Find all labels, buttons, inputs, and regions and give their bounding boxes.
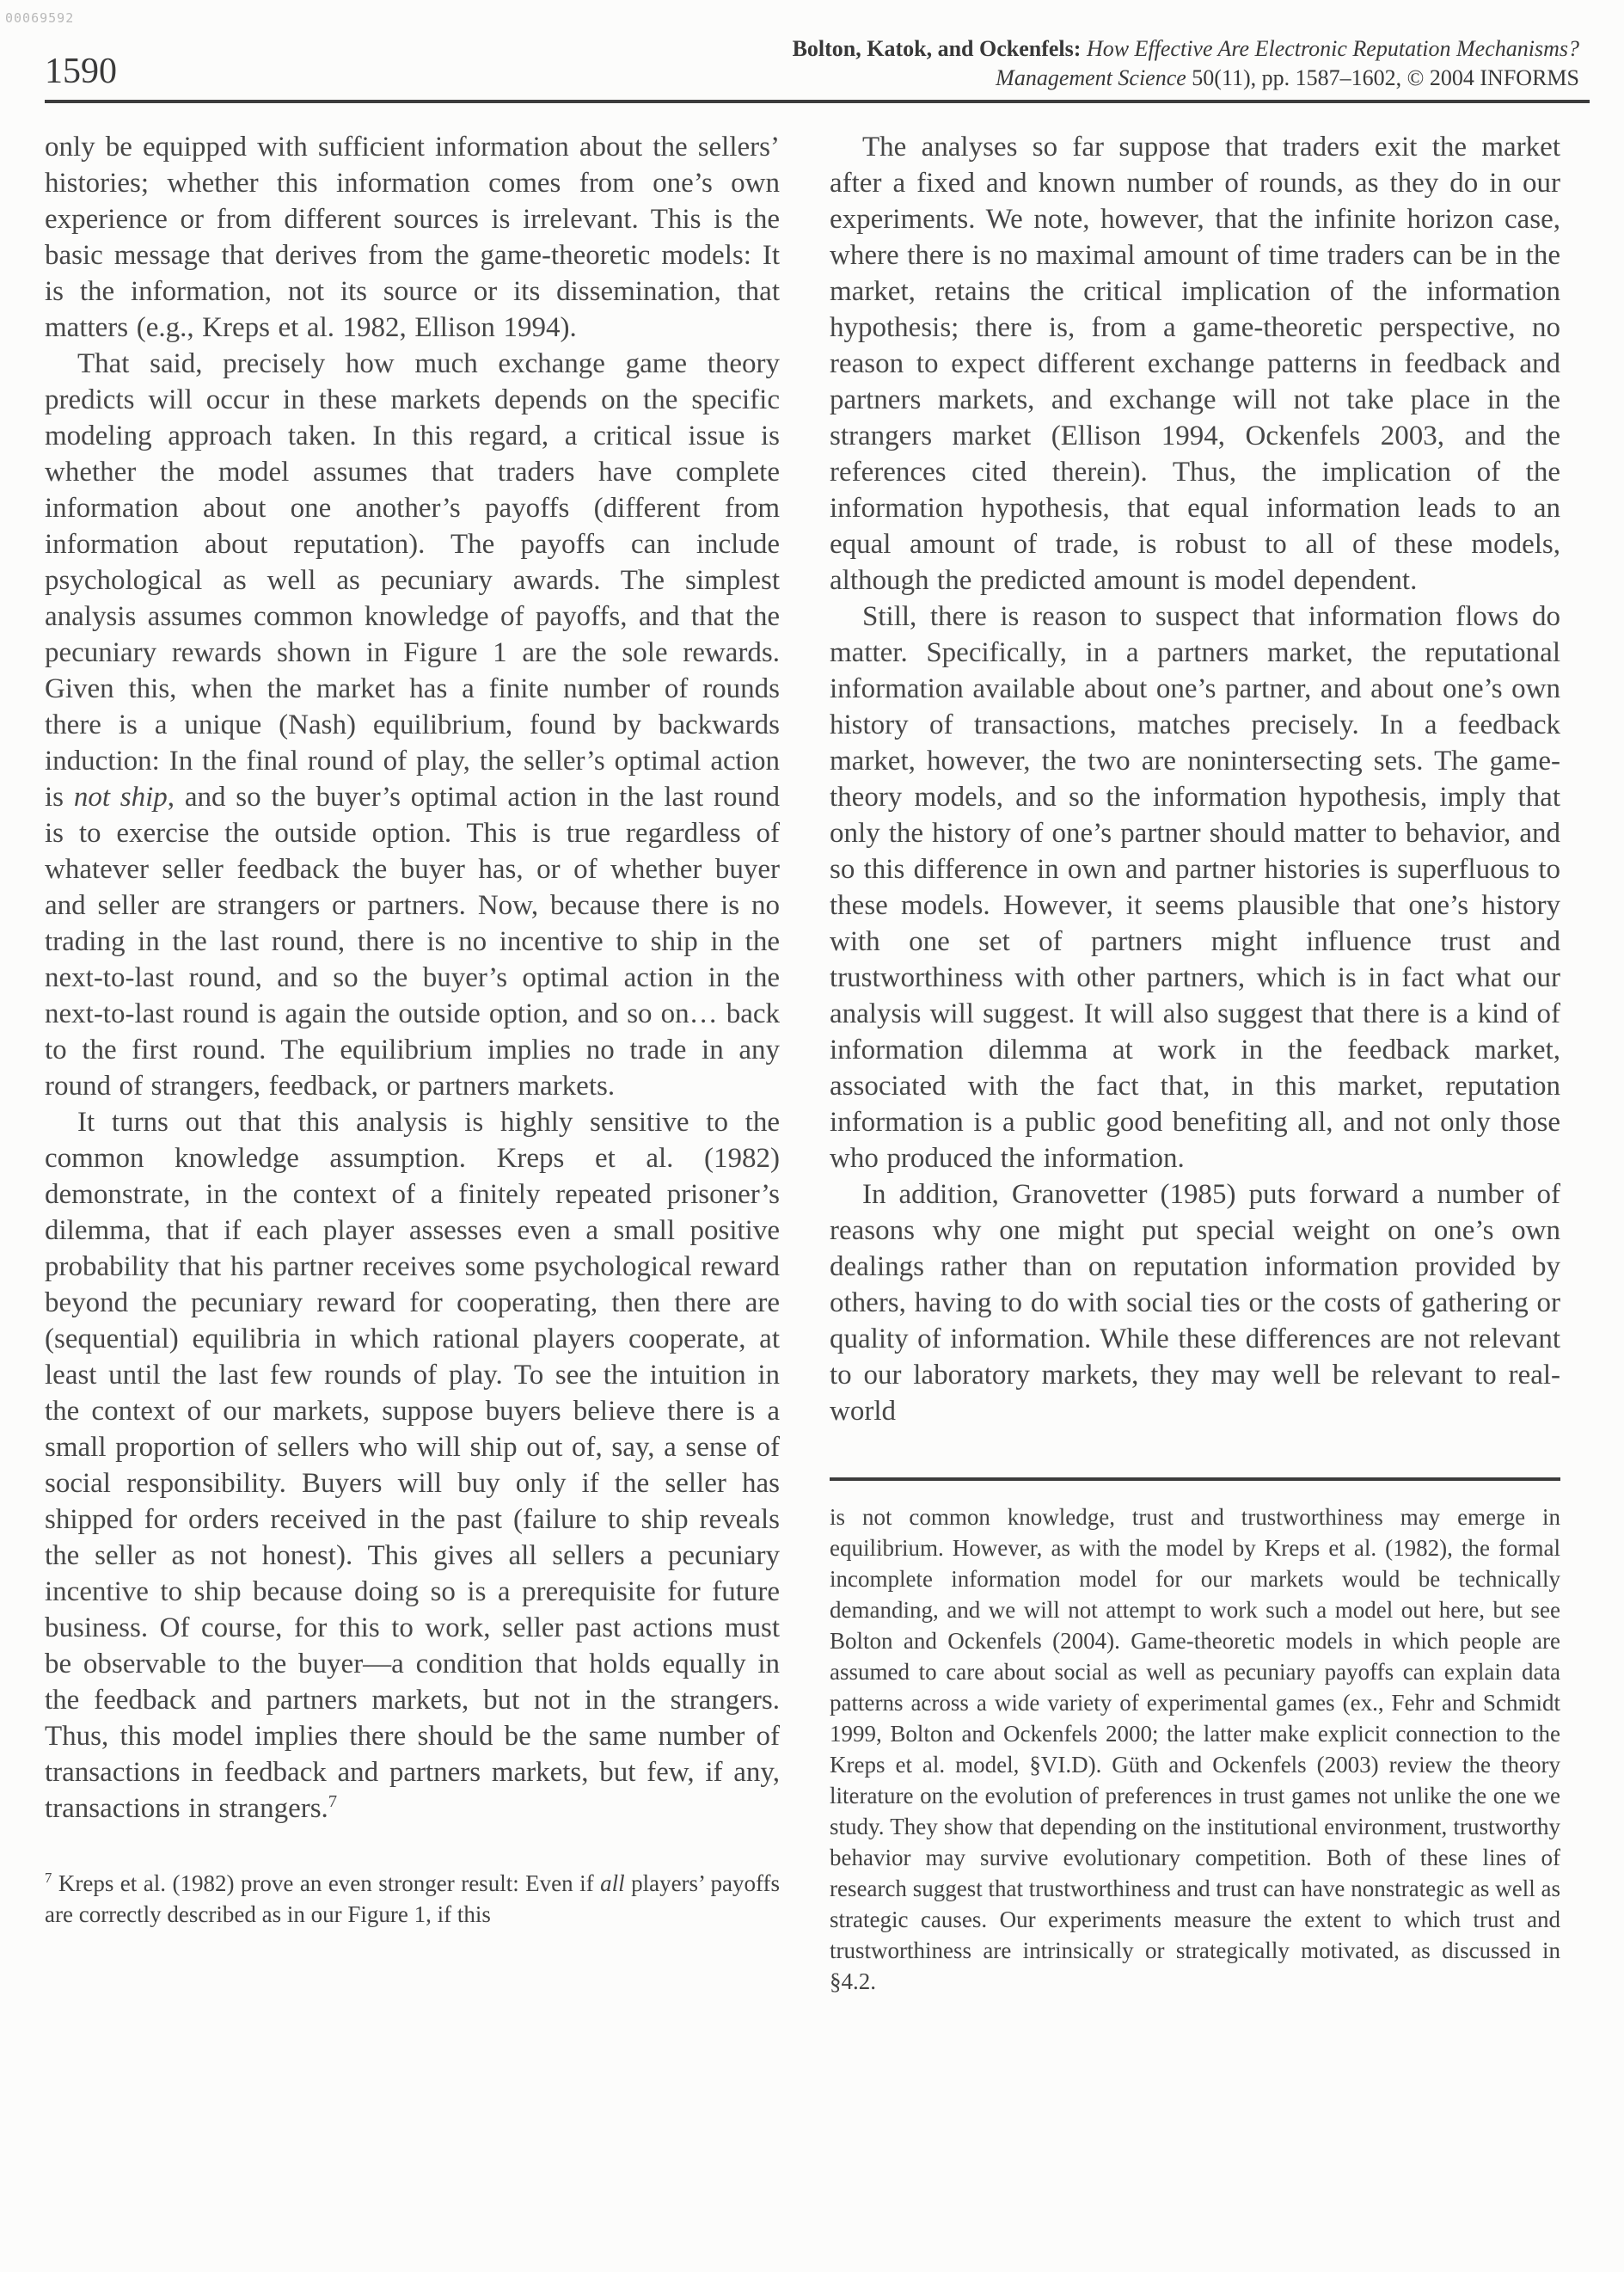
right-column: The analyses so far suppose that traders… xyxy=(830,129,1560,1997)
header-rule xyxy=(45,100,1590,103)
text-run: only be equipped with sufficient informa… xyxy=(45,132,780,343)
text-run: 50(11), pp. 1587–1602, © 2004 INFORMS xyxy=(1186,65,1579,90)
paragraph: Still, there is reason to suspect that i… xyxy=(830,599,1560,1176)
left-column-body: only be equipped with sufficient informa… xyxy=(45,129,780,1827)
text-run: The analyses so far suppose that traders… xyxy=(830,132,1560,596)
text-run: , and so the buyer’s optimal action in t… xyxy=(45,782,780,1102)
text-run: all xyxy=(600,1870,625,1896)
paragraph: only be equipped with sufficient informa… xyxy=(45,129,780,346)
paragraph: is not common knowledge, trust and trust… xyxy=(830,1501,1560,1997)
footnote-7: 7 Kreps et al. (1982) prove an even stro… xyxy=(45,1868,780,1930)
text-run: Kreps et al. (1982) prove an even strong… xyxy=(52,1870,600,1896)
paragraph: The analyses so far suppose that traders… xyxy=(830,129,1560,599)
footnote-marker: 7 xyxy=(328,1792,337,1811)
text-run: Management Science xyxy=(996,65,1186,90)
footnote-separator-rule xyxy=(830,1477,1560,1481)
text-run: How Effective Are Electronic Reputation … xyxy=(1087,36,1579,61)
text-run: It turns out that this analysis is highl… xyxy=(45,1107,780,1824)
text-run: is not common knowledge, trust and trust… xyxy=(830,1504,1560,1994)
paragraph: That said, precisely how much exchange g… xyxy=(45,346,780,1104)
running-head-citation-line: Management Science 50(11), pp. 1587–1602… xyxy=(793,64,1579,93)
running-head-title-line: Bolton, Katok, and Ockenfels: How Effect… xyxy=(793,34,1579,64)
text-columns: only be equipped with sufficient informa… xyxy=(45,129,1560,1997)
journal-page: 00069592 1590 Bolton, Katok, and Ockenfe… xyxy=(0,0,1624,2272)
text-run: In addition, Granovetter (1985) puts for… xyxy=(830,1179,1560,1427)
left-column: only be equipped with sufficient informa… xyxy=(45,129,780,1997)
paragraph: It turns out that this analysis is highl… xyxy=(45,1104,780,1827)
footnote-continuation: is not common knowledge, trust and trust… xyxy=(830,1501,1560,1997)
paragraph: In addition, Granovetter (1985) puts for… xyxy=(830,1176,1560,1429)
right-column-body: The analyses so far suppose that traders… xyxy=(830,129,1560,1429)
page-number: 1590 xyxy=(45,53,117,93)
running-head-row: 1590 Bolton, Katok, and Ockenfels: How E… xyxy=(45,34,1579,93)
text-run: Bolton, Katok, and Ockenfels: xyxy=(793,36,1087,61)
paragraph: 7 Kreps et al. (1982) prove an even stro… xyxy=(45,1868,780,1930)
text-run: Still, there is reason to suspect that i… xyxy=(830,601,1560,1174)
running-head: Bolton, Katok, and Ockenfels: How Effect… xyxy=(793,34,1579,93)
text-run: not ship xyxy=(74,782,168,813)
scan-stamp: 00069592 xyxy=(5,10,74,26)
text-run: That said, precisely how much exchange g… xyxy=(45,348,780,813)
